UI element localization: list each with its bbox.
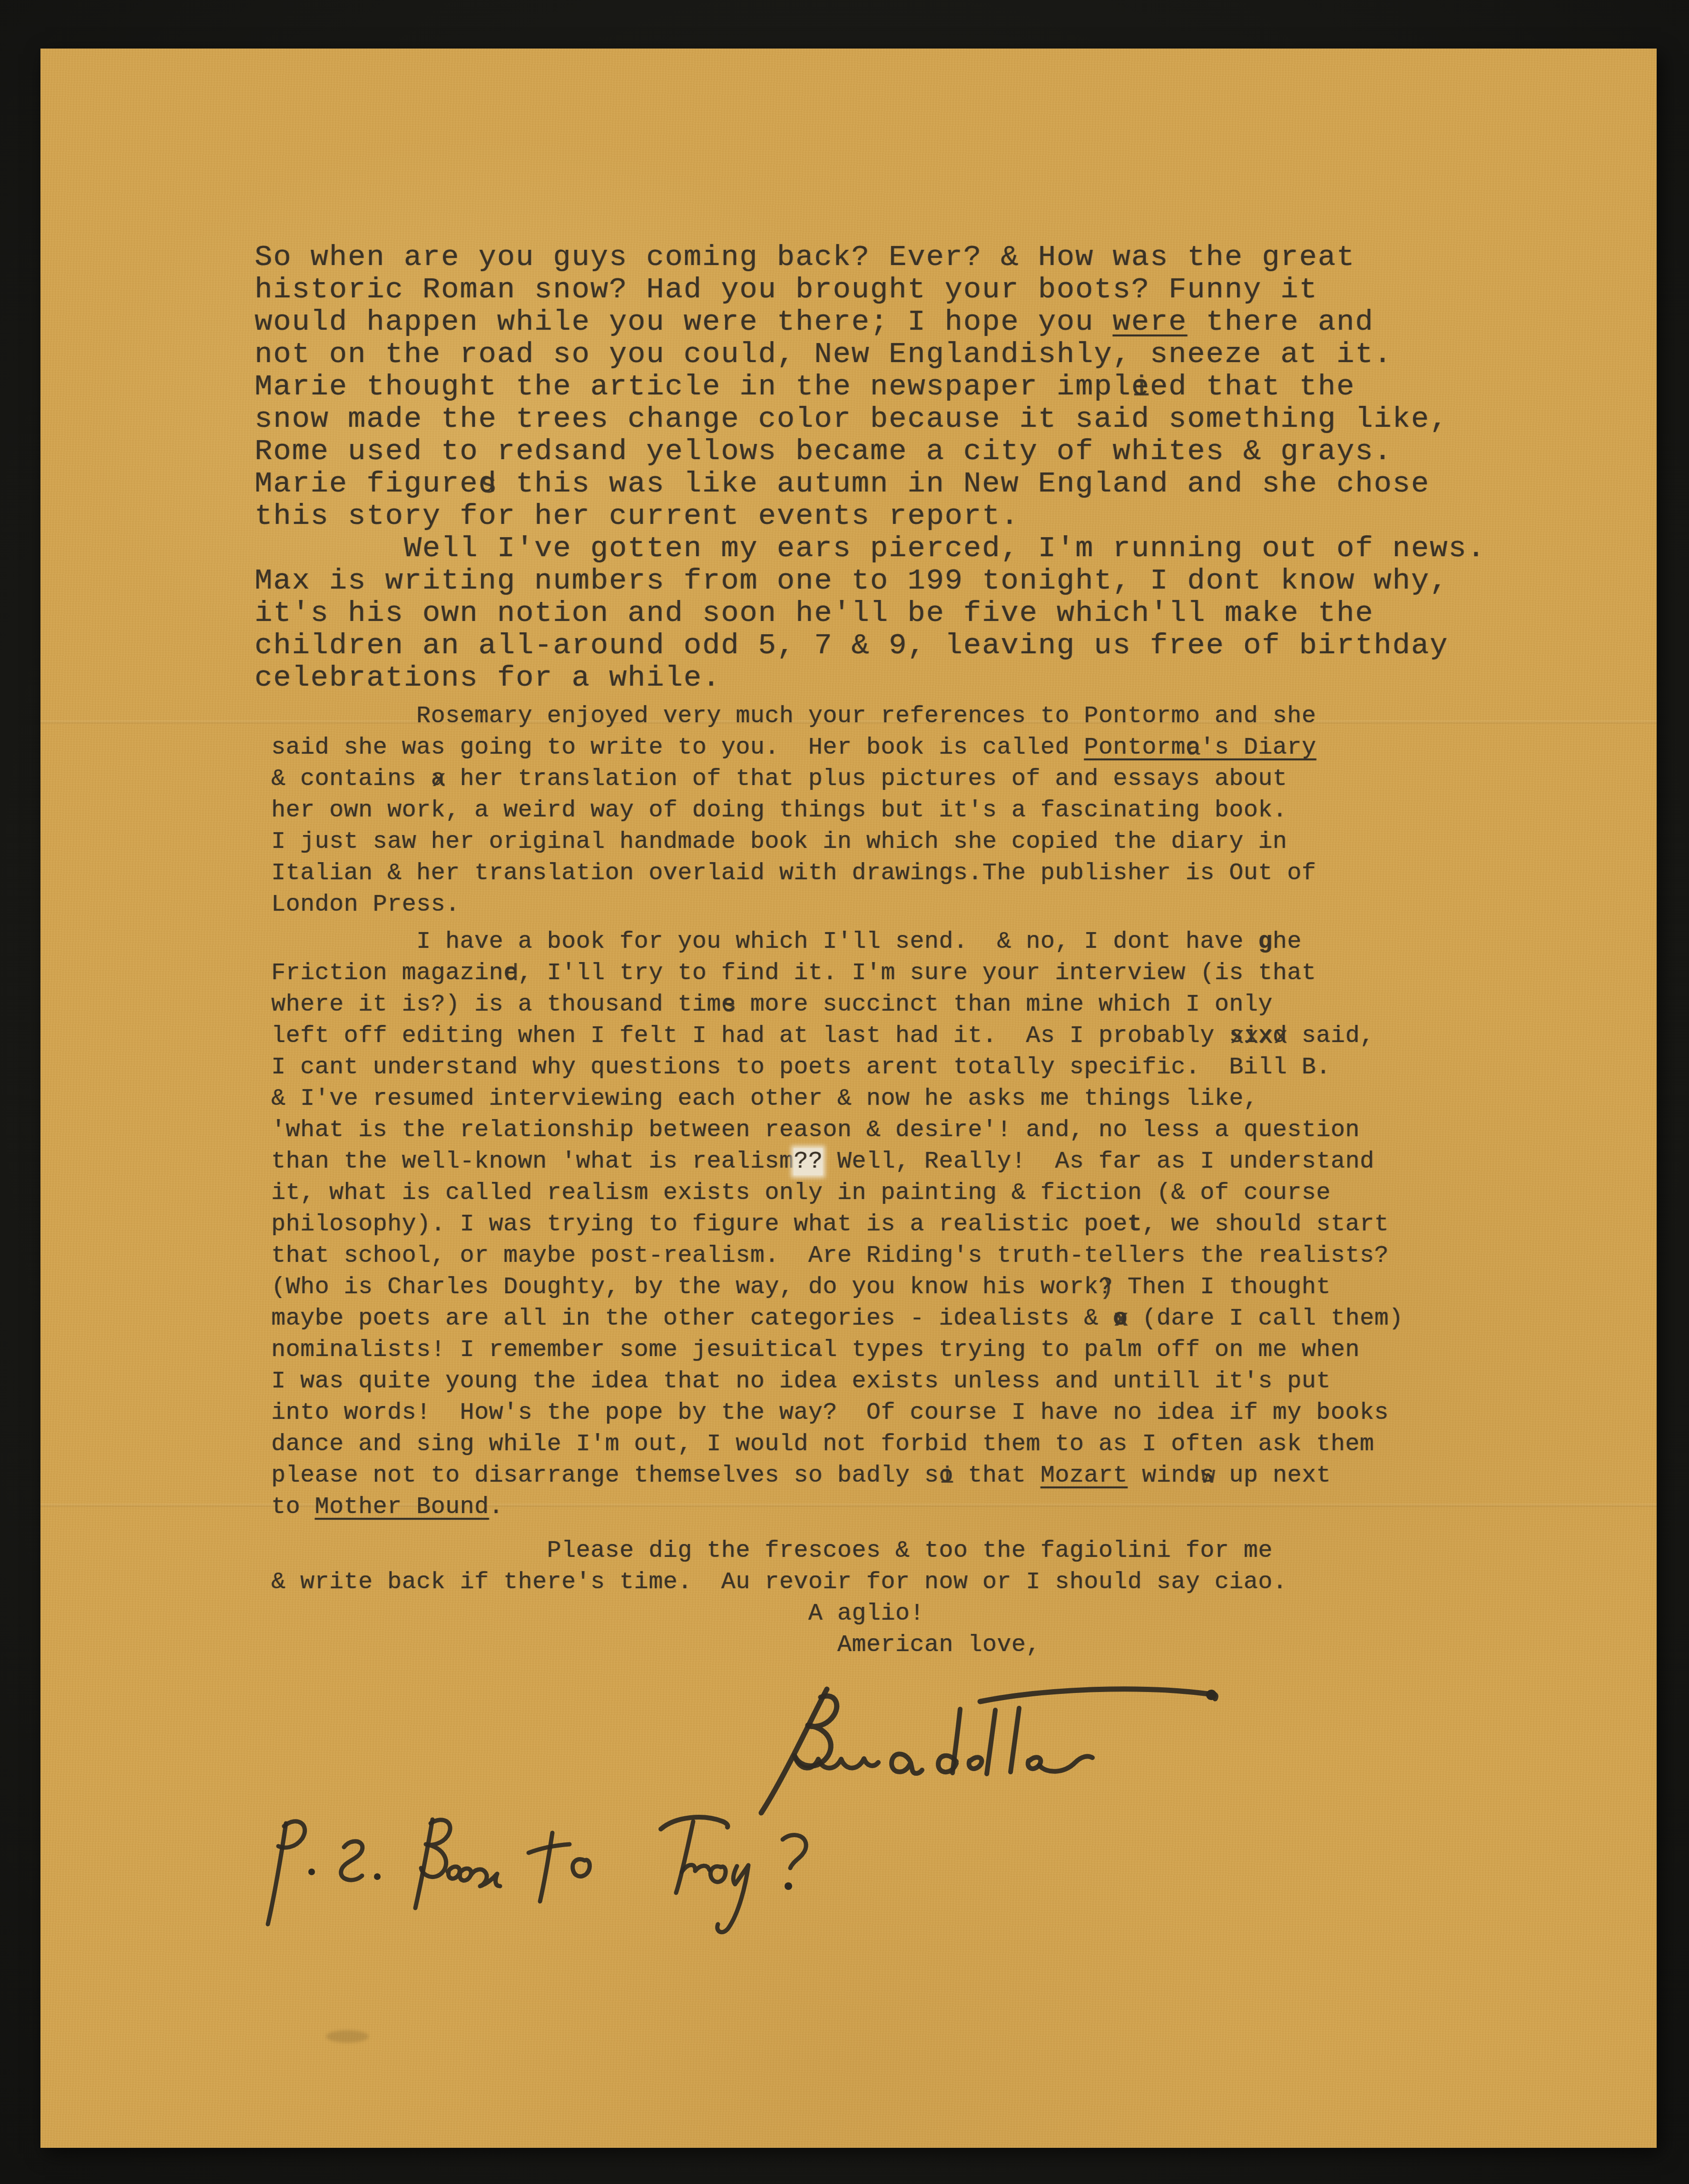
- letter-line: that school, or maybe post-realism. Are …: [271, 1240, 1657, 1272]
- typed-correction: sixd: [1229, 1021, 1287, 1052]
- letter-line: So when are you guys coming back? Ever? …: [255, 241, 1657, 274]
- letter-line: I just saw her original handmade book in…: [271, 826, 1657, 858]
- underlined-text: o: [1186, 732, 1200, 764]
- letter-line: snow made the trees change color because…: [255, 403, 1657, 435]
- letter-line: left off editing when I felt I had at la…: [271, 1021, 1657, 1052]
- letter-line: Well I've gotten my ears pierced, I'm ru…: [255, 532, 1657, 565]
- letter-line: A aglio!: [271, 1598, 1657, 1630]
- typed-correction: g: [1258, 928, 1273, 955]
- typed-correction: e: [721, 989, 736, 1021]
- letter-paper: So when are you guys coming back? Ever? …: [40, 49, 1657, 2148]
- letter-line: London Press.: [271, 889, 1657, 921]
- letter-line: where it is?) is a thousand time more su…: [271, 989, 1657, 1021]
- ps-handwriting: [240, 1790, 906, 1947]
- letter-line: Max is writing numbers from one to 199 t…: [255, 565, 1657, 597]
- letter-body: So when are you guys coming back? Ever? …: [40, 241, 1657, 1661]
- letter-line: please not to disarrange themselves so b…: [271, 1460, 1657, 1492]
- letter-line: I was quite young the idea that no idea …: [271, 1366, 1657, 1397]
- letter-line: Italian & her translation overlaid with …: [271, 858, 1657, 889]
- letter-line: Marie thought the article in the newspap…: [255, 371, 1657, 403]
- letter-line: & write back if there's time. Au revoir …: [271, 1567, 1657, 1598]
- letter-line: her own work, a weird way of doing thing…: [271, 795, 1657, 826]
- underlined-text: Pontorm: [1084, 734, 1186, 761]
- underlined-text: Mother Bound: [315, 1494, 489, 1521]
- underlined-text: Mozart: [1041, 1462, 1128, 1489]
- paragraph-5: Please dig the frescoes & too the fagiol…: [271, 1535, 1657, 1598]
- letter-line: would happen while you were there; I hop…: [255, 306, 1657, 338]
- letter-line: this story for her current events report…: [255, 500, 1657, 532]
- underlined-text: 's Diary: [1200, 734, 1316, 761]
- typed-correction: d: [478, 468, 497, 500]
- letter-line: Rosemary enjoyed very much your referenc…: [271, 701, 1657, 732]
- typed-correction: s: [1200, 1460, 1215, 1492]
- letter-line: Rome used to redsand yellows became a ci…: [255, 435, 1657, 468]
- typed-correction: ?: [1099, 1272, 1113, 1303]
- letter-line: philosophy). I was trying to figure what…: [271, 1209, 1657, 1240]
- letter-line: historic Roman snow? Had you brought you…: [255, 274, 1657, 306]
- letter-line: maybe poets are all in the other categor…: [271, 1303, 1657, 1335]
- underlined-text: were: [1112, 305, 1187, 339]
- letter-line: than the well-known 'what is realism?? W…: [271, 1146, 1657, 1178]
- letter-line: Please dig the frescoes & too the fagiol…: [271, 1535, 1657, 1567]
- typed-correction: o: [1113, 1303, 1128, 1335]
- letter-line: not on the road so you could, New Englan…: [255, 338, 1657, 371]
- letter-line: dance and sing while I'm out, I would no…: [271, 1429, 1657, 1460]
- letter-line: it, what is called realism exists only i…: [271, 1178, 1657, 1209]
- typed-correction: t: [1128, 1211, 1142, 1238]
- letter-line: (Who is Charles Doughty, by the way, do …: [271, 1272, 1657, 1303]
- paragraphs-1-2: So when are you guys coming back? Ever? …: [255, 241, 1657, 694]
- paper-smudge: [326, 2030, 369, 2043]
- letter-line: I cant understand why questions to poets…: [271, 1052, 1657, 1083]
- typed-correction: e: [1131, 371, 1150, 403]
- letter-line: to Mother Bound.: [271, 1492, 1657, 1523]
- typed-correction: o: [939, 1460, 953, 1492]
- letter-line: American love,: [271, 1630, 1657, 1661]
- typed-correction: e: [503, 958, 518, 989]
- letter-line: Marie figured this was like autumn in Ne…: [255, 468, 1657, 500]
- letter-line: I have a book for you which I'll send. &…: [271, 926, 1657, 958]
- scanned-letter: So when are you guys coming back? Ever? …: [0, 0, 1689, 2184]
- letter-line: into words! How's the pope by the way? O…: [271, 1397, 1657, 1429]
- letter-line: said she was going to write to you. Her …: [271, 732, 1657, 764]
- letter-line: nominalists! I remember some jesuitical …: [271, 1335, 1657, 1366]
- typed-correction: a: [431, 764, 446, 795]
- closing: A aglio! American love,: [271, 1598, 1657, 1661]
- letter-line: celebrations for a while.: [255, 662, 1657, 694]
- letter-line: 'what is the relationship between reason…: [271, 1115, 1657, 1146]
- letter-line: children an all-around odd 5, 7 & 9, lea…: [255, 630, 1657, 662]
- paragraph-4: I have a book for you which I'll send. &…: [271, 926, 1657, 1523]
- letter-line: & contains a her translation of that plu…: [271, 764, 1657, 795]
- letter-line: Friction magazine, I'll try to find it. …: [271, 958, 1657, 989]
- letter-line: & I've resumed interviewing each other &…: [271, 1083, 1657, 1115]
- letter-line: it's his own notion and soon he'll be fi…: [255, 597, 1657, 630]
- paragraph-3: Rosemary enjoyed very much your referenc…: [271, 701, 1657, 921]
- typed-correction: ??: [794, 1148, 823, 1175]
